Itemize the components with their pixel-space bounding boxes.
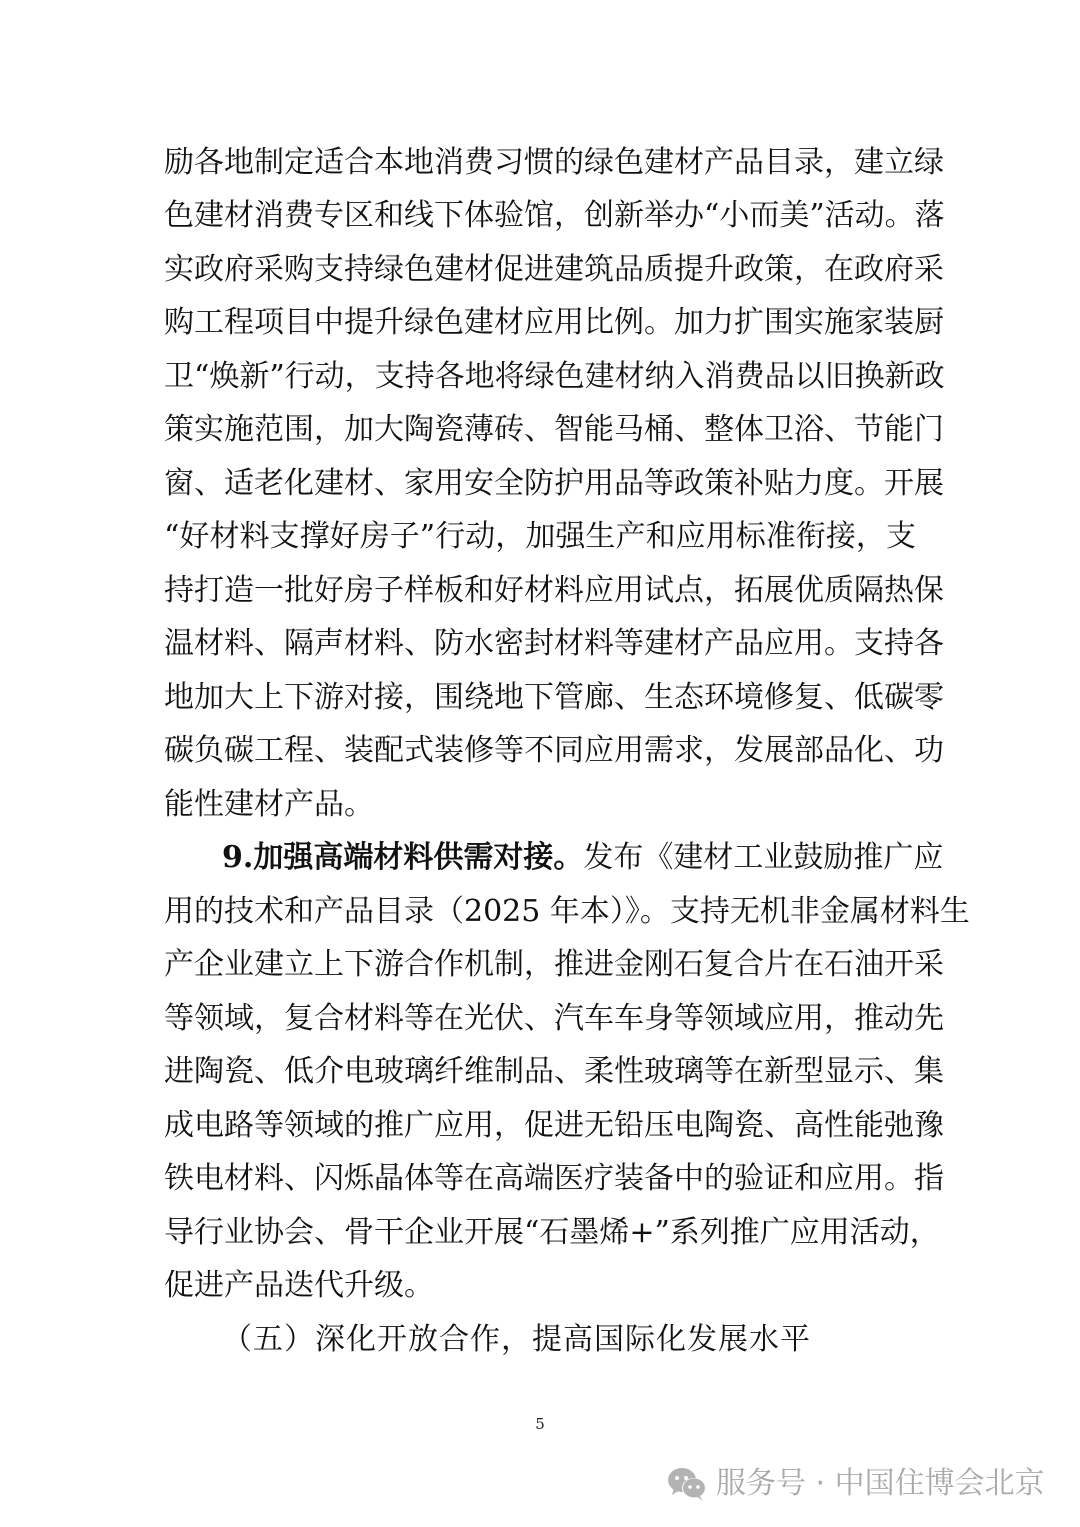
document-page: 励各地制定适合本地消费习惯的绿色建材产品目录，建立绿 色建材消费专区和线下体验馆… (0, 0, 1080, 1527)
paragraph-line: 卫“焕新”行动，支持各地将绿色建材纳入消费品以旧换新政 (164, 357, 916, 397)
item-9-first-line-text: 发布《建材工业鼓励推广应 (583, 840, 943, 875)
page-number: 5 (530, 1414, 550, 1434)
paragraph-line: 用的技术和产品目录（2025 年本）》。支持无机非金属材料生 (164, 892, 916, 932)
paragraph-line: 铁电材料、闪烁晶体等在高端医疗装备中的验证和应用。指 (164, 1159, 916, 1199)
watermark: 服务号 · 中国住博会北京 (666, 1462, 1045, 1506)
paragraph-line: 碳负碳工程、装配式装修等不同应用需求，发展部品化、功 (164, 731, 916, 771)
paragraph-line: 购工程项目中提升绿色建材应用比例。加力扩围实施家装厨 (164, 303, 916, 343)
paragraph-line: 持打造一批好房子样板和好材料应用试点，拓展优质隔热保 (164, 571, 916, 611)
wechat-icon (666, 1466, 708, 1502)
paragraph-line: 产企业建立上下游合作机制，推进金刚石复合片在石油开采 (164, 945, 916, 985)
paragraph-line: 色建材消费专区和线下体验馆，创新举办“小而美”活动。落 (164, 196, 916, 236)
item-9-first-line: 9.加强高端材料供需对接。发布《建材工业鼓励推广应 (222, 838, 916, 878)
paragraph-line: 策实施范围，加大陶瓷薄砖、智能马桶、整体卫浴、节能门 (164, 410, 916, 450)
paragraph-line: 地加大上下游对接，围绕地下管廊、生态环境修复、低碳零 (164, 678, 916, 718)
paragraph-line: 温材料、隔声材料、防水密封材料等建材产品应用。支持各 (164, 624, 916, 664)
item-9-title: 9.加强高端材料供需对接。 (222, 840, 583, 875)
watermark-text: 服务号 · 中国住博会北京 (716, 1462, 1045, 1506)
paragraph-line: 进陶瓷、低介电玻璃纤维制品、柔性玻璃等在新型显示、集 (164, 1052, 916, 1092)
paragraph-line: 导行业协会、骨干企业开展“石墨烯+”系列推广应用活动， (164, 1213, 916, 1253)
paragraph-line: 励各地制定适合本地消费习惯的绿色建材产品目录，建立绿 (164, 143, 916, 183)
paragraph-line: 等领域，复合材料等在光伏、汽车车身等领域应用，推动先 (164, 999, 916, 1039)
paragraph-line: 成电路等领域的推广应用，促进无铅压电陶瓷、高性能弛豫 (164, 1106, 916, 1146)
paragraph-line: “好材料支撑好房子”行动，加强生产和应用标准衔接，支 (164, 517, 916, 557)
paragraph-line: 窗、适老化建材、家用安全防护用品等政策补贴力度。开展 (164, 464, 916, 504)
paragraph-line: 实政府采购支持绿色建材促进建筑品质提升政策，在政府采 (164, 250, 916, 290)
paragraph-line: 能性建材产品。 (164, 785, 916, 825)
section-heading: （五）深化开放合作，提高国际化发展水平 (222, 1320, 811, 1360)
paragraph-line: 促进产品迭代升级。 (164, 1266, 916, 1306)
